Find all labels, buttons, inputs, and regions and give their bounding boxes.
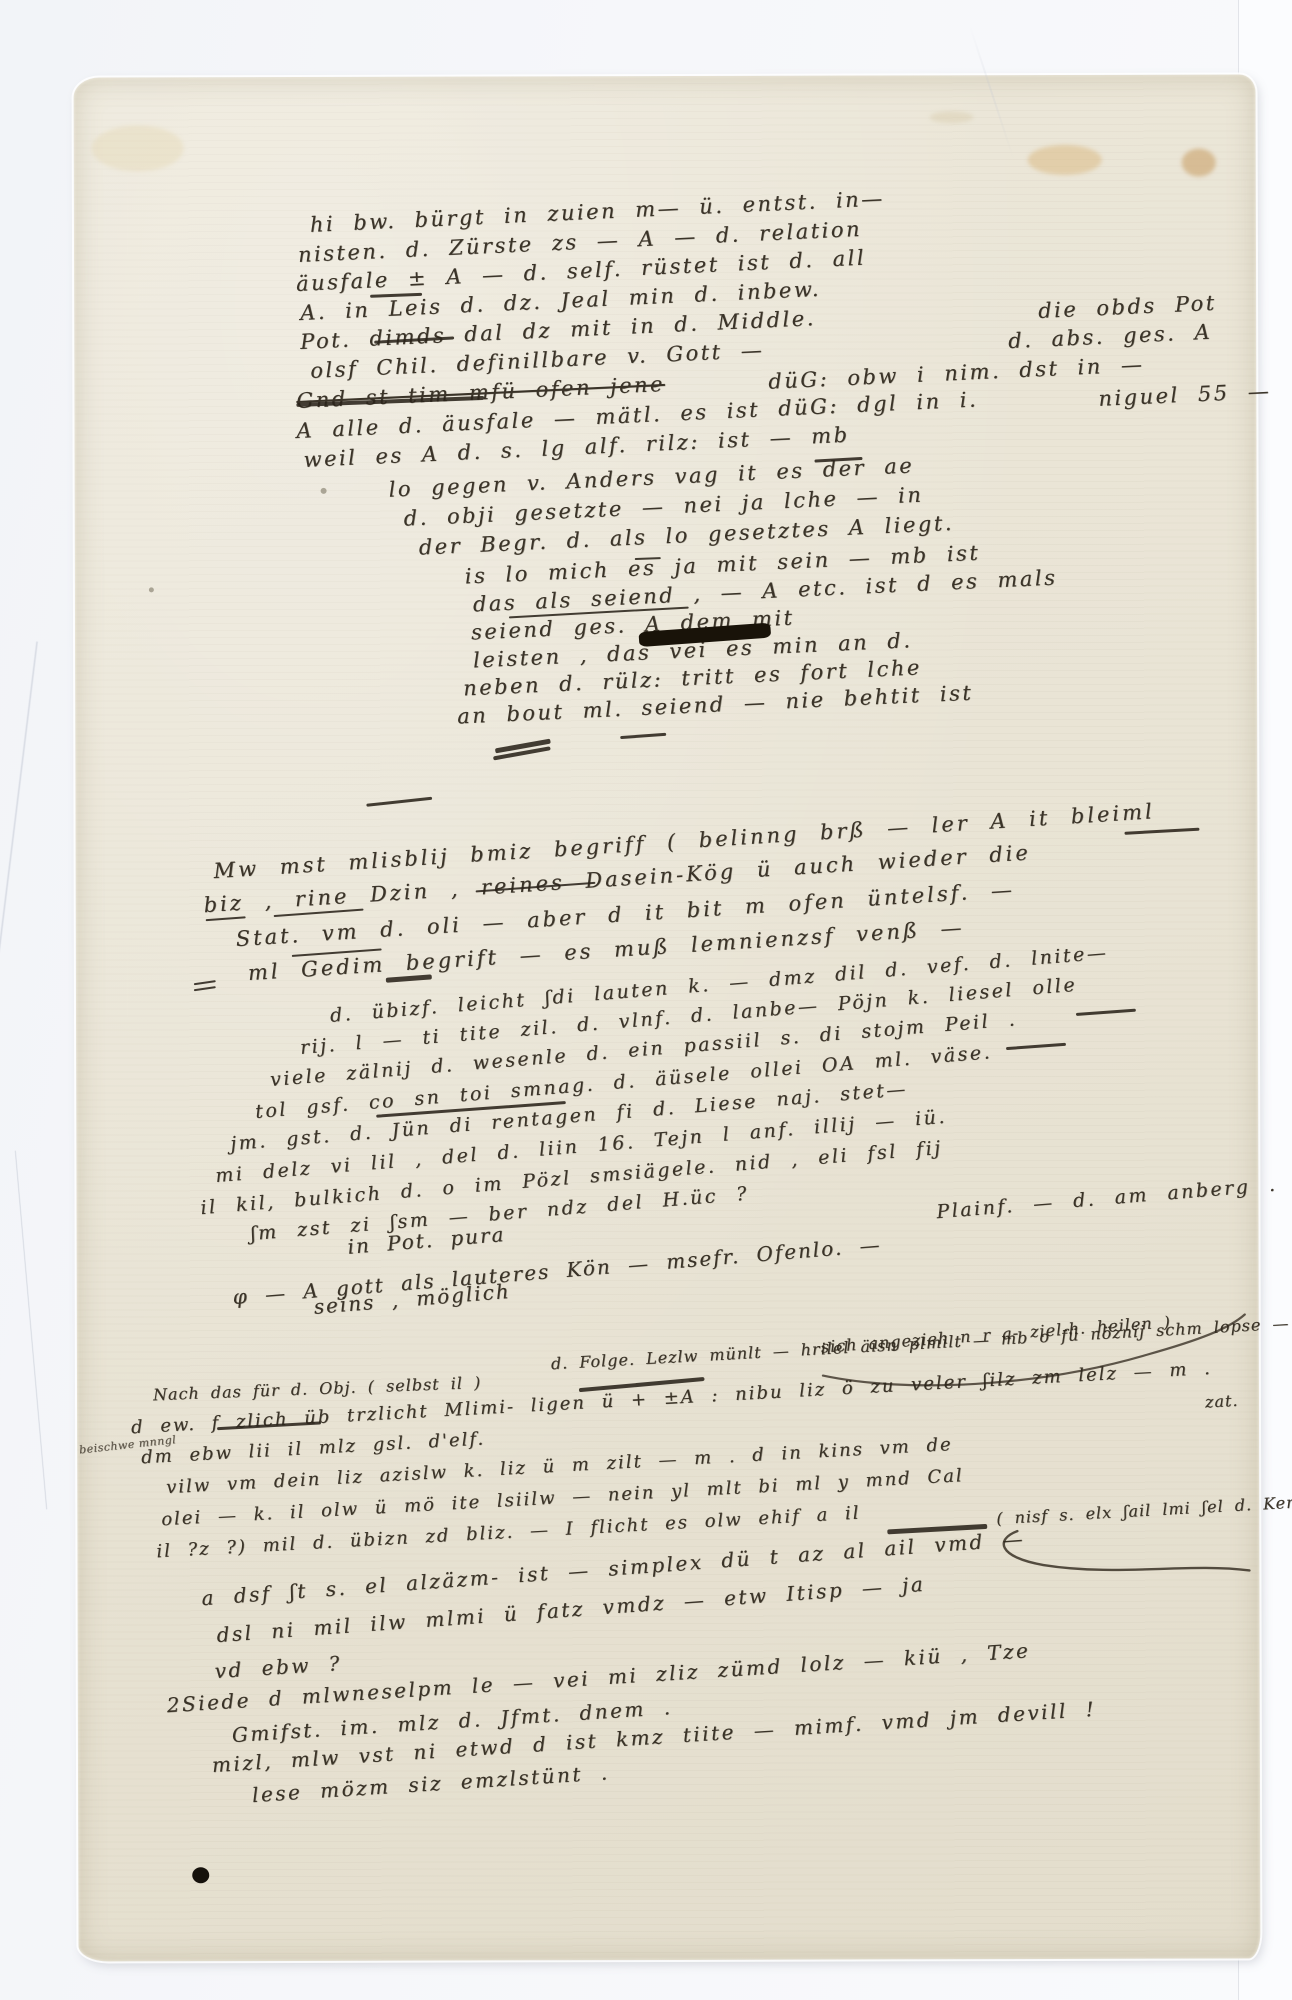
manuscript-line-margin: d. abs. ges. A bbox=[1008, 320, 1213, 353]
underline-mark bbox=[620, 733, 666, 739]
paper-stain bbox=[1028, 145, 1102, 175]
strikethrough-mark bbox=[1006, 1043, 1066, 1050]
lasso-underline bbox=[987, 1522, 1257, 1579]
paper-speck bbox=[149, 587, 154, 592]
paragraph-rule bbox=[366, 797, 432, 807]
paper-stain bbox=[1182, 149, 1216, 177]
manuscript-line-margin: die obds Pot bbox=[1038, 291, 1218, 323]
scan-background: hi bw. bürgt in zuien m— ü. entst. in— n… bbox=[0, 0, 1292, 2000]
underline-mark bbox=[194, 986, 216, 991]
paper-stain bbox=[930, 111, 974, 123]
underline-mark bbox=[1124, 828, 1199, 835]
paper-stain bbox=[92, 125, 184, 171]
paper-speck bbox=[321, 488, 327, 494]
underline-mark bbox=[206, 916, 246, 921]
manuscript-margin-note: Nach das für d. Obj. ( selbst il ) bbox=[153, 1373, 482, 1404]
manuscript-line: vd ebw ? bbox=[214, 1651, 343, 1683]
backdrop-crease bbox=[14, 1151, 47, 1510]
ink-dot bbox=[192, 1867, 209, 1883]
strikethrough-mark bbox=[1076, 1009, 1136, 1016]
manuscript-line-margin: zat. bbox=[1204, 1391, 1238, 1412]
manuscript-line-margin: Plainf. — d. am anberg . bbox=[936, 1174, 1279, 1224]
manuscript-page: hi bw. bürgt in zuien m— ü. entst. in— n… bbox=[74, 74, 1261, 1961]
paper-wrinkle bbox=[969, 25, 1015, 159]
underline-mark bbox=[194, 980, 216, 985]
manuscript-line-margin: niguel 55 — bbox=[1098, 379, 1272, 411]
backdrop-crease bbox=[0, 641, 39, 1058]
